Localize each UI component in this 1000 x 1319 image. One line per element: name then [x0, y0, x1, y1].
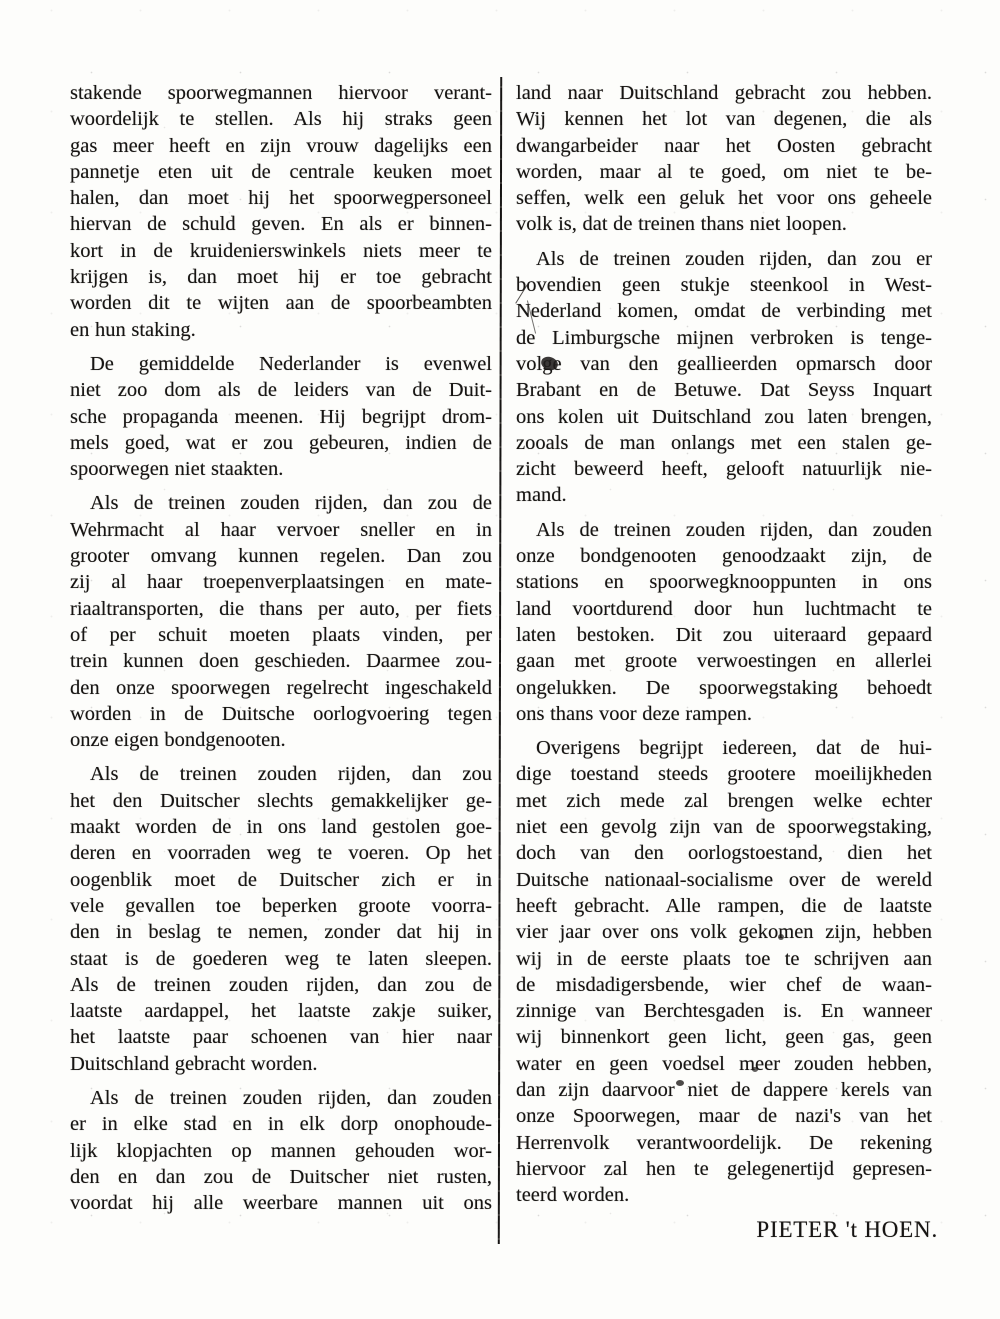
- text-line: lijk klopjachten op mannen gehouden wor-: [70, 1138, 492, 1164]
- text-line: woordelijk te stellen. Als hij straks ge…: [70, 106, 492, 132]
- column-left: stakende spoorwegmannen hiervoor verant-…: [70, 80, 492, 1216]
- text-line: zinnige van Berchtesgaden is. En wanneer: [516, 998, 932, 1024]
- column-divider-rule: [498, 77, 502, 1244]
- text-line: krijgen is, dan moet hij er toe gebracht: [70, 264, 492, 290]
- text-line: Als de treinen zouden rijden, dan zouden: [70, 1085, 492, 1111]
- text-line: den in beslag te nemen, zonder dat hij i…: [70, 919, 492, 945]
- paragraph: stakende spoorwegmannen hiervoor verant-…: [70, 80, 492, 343]
- text-line: Nederland komen, omdat de verbinding met: [516, 298, 932, 324]
- text-line: maakt worden de in ons land gestolen goe…: [70, 814, 492, 840]
- text-line: onze bondgenooten genoodzaakt zijn, de: [516, 543, 932, 569]
- text-line: Overigens begrijpt iedereen, dat de hui-: [516, 735, 932, 761]
- author-signature: PIETER 't HOEN.: [516, 1217, 938, 1243]
- text-line: teerd worden.: [516, 1182, 932, 1208]
- text-line: de misdadigersbende, wier chef de waan-: [516, 972, 932, 998]
- paragraph: Als de treinen zouden rijden, dan zou er…: [516, 246, 932, 509]
- text-line: sche propaganda meenen. Hij begrijpt dro…: [70, 404, 492, 430]
- paragraph: Overigens begrijpt iedereen, dat de hui-…: [516, 735, 932, 1208]
- text-line: Brabant en de Betuwe. Dat Seyss Inquart: [516, 377, 932, 403]
- text-line: met zich mede zal brengen welke echter: [516, 788, 932, 814]
- text-line: dige toestand steeds grootere moeilijkhe…: [516, 761, 932, 787]
- text-line: stakende spoorwegmannen hiervoor verant-: [70, 80, 492, 106]
- text-line: Duitsche nationaal-socialisme over de we…: [516, 867, 932, 893]
- text-line: gaan met groote verwoestingen en allerle…: [516, 648, 932, 674]
- text-line: kort in de kruidenierswinkels niets meer…: [70, 238, 492, 264]
- text-line: laten bestoken. Dit zou uiteraard gepaar…: [516, 622, 932, 648]
- text-line: onze eigen bondgenooten.: [70, 727, 492, 753]
- text-line: niet een gevolg zijn van de spoorwegstak…: [516, 814, 932, 840]
- text-line: voordat hij alle weerbare mannen uit ons: [70, 1190, 492, 1216]
- text-line: het laatste paar schoenen van hier naar: [70, 1024, 492, 1050]
- text-line: bovendien geen stukje steenkool in West-: [516, 272, 932, 298]
- text-line: Wij kennen het lot van degenen, die als: [516, 106, 932, 132]
- text-line: riaaltransporten, die thans per auto, pe…: [70, 596, 492, 622]
- text-line: laatste aardappel, het laatste zakje sui…: [70, 998, 492, 1024]
- text-line: vier jaar over ons volk gekomen zijn, he…: [516, 919, 932, 945]
- text-line: seffen, welk een geluk het voor ons gehe…: [516, 185, 932, 211]
- text-line: de Limburgsche mijnen verbroken is tenge…: [516, 325, 932, 351]
- text-line: land naar Duitschland gebracht zou hebbe…: [516, 80, 932, 106]
- text-line: dan zijn daarvoor niet de dappere kerels…: [516, 1077, 932, 1103]
- text-line: zicht beweerd heeft, gelooft natuurlijk …: [516, 456, 932, 482]
- column-right: land naar Duitschland gebracht zou hebbe…: [516, 80, 932, 1244]
- text-line: spoorwegen niet staakten.: [70, 456, 492, 482]
- text-line: hiervoor zal hen te gelegenertijd gepres…: [516, 1156, 932, 1182]
- text-line: het den Duitscher slechts gemakkelijker …: [70, 788, 492, 814]
- text-line: Als de treinen zouden rijden, dan zou er: [516, 246, 932, 272]
- text-line: gas meer heeft en zijn vrouw dagelijks e…: [70, 133, 492, 159]
- text-line: er in elke stad en in elk dorp onophoude…: [70, 1111, 492, 1137]
- paragraph: land naar Duitschland gebracht zou hebbe…: [516, 80, 932, 238]
- text-line: ongelukken. De spoorwegstaking behoedt: [516, 675, 932, 701]
- text-line: heeft gebracht. Alle rampen, die de laat…: [516, 893, 932, 919]
- text-line: den onze spoorwegen regelrecht ingeschak…: [70, 675, 492, 701]
- paragraph: Als de treinen zouden rijden, dan zouden…: [70, 1085, 492, 1216]
- text-line: doch van den oorlogstoestand, dien het: [516, 840, 932, 866]
- text-line: land voortdurend door hun luchtmacht te: [516, 596, 932, 622]
- text-line: halen, dan moet hij het spoorwegpersonee…: [70, 185, 492, 211]
- text-line: onze Spoorwegen, maar de nazi's van het: [516, 1103, 932, 1129]
- paragraph: Als de treinen zouden rijden, dan zou de…: [70, 490, 492, 753]
- text-line: staat is de goederen weg te laten sleepe…: [70, 946, 492, 972]
- text-line: Als de treinen zouden rijden, dan zou de: [70, 972, 492, 998]
- text-line: worden dit te wijten aan de spoorbeambte…: [70, 290, 492, 316]
- text-line: Als de treinen zouden rijden, dan zouden: [516, 517, 932, 543]
- paragraph: Als de treinen zouden rijden, dan zouden…: [516, 517, 932, 727]
- text-line: niet zoo dom als de leiders van de Duit-: [70, 377, 492, 403]
- text-line: worden in de Duitsche oorlogvoering tege…: [70, 701, 492, 727]
- text-line: en hun staking.: [70, 317, 492, 343]
- text-line: Herrenvolk verantwoordelijk. De rekening: [516, 1130, 932, 1156]
- text-line: of per schuit moeten plaats vinden, per: [70, 622, 492, 648]
- text-line: De gemiddelde Nederlander is evenwel: [70, 351, 492, 377]
- text-line: volk is, dat de treinen thans niet loope…: [516, 211, 932, 237]
- text-line: grooter omvang kunnen regelen. Dan zou: [70, 543, 492, 569]
- text-line: dwangarbeider naar het Oosten gebracht: [516, 133, 932, 159]
- text-line: Als de treinen zouden rijden, dan zou: [70, 761, 492, 787]
- text-line: worden, maar al te goed, om niet te be-: [516, 159, 932, 185]
- text-line: pannetje eten uit de centrale keuken moe…: [70, 159, 492, 185]
- text-line: Als de treinen zouden rijden, dan zou de: [70, 490, 492, 516]
- text-line: zooals de man onlangs met een stalen ge-: [516, 430, 932, 456]
- text-line: deren en voorraden weg te voeren. Op het: [70, 840, 492, 866]
- scanned-newspaper-page: stakende spoorwegmannen hiervoor verant-…: [0, 0, 1000, 1319]
- text-line: oogenblik moet de Duitscher zich er in: [70, 867, 492, 893]
- text-line: hiervan de schuld geven. En als er binne…: [70, 211, 492, 237]
- text-line: mels goed, wat er zou gebeuren, indien d…: [70, 430, 492, 456]
- text-line: water en geen voedsel meer zouden hebben…: [516, 1051, 932, 1077]
- text-line: den en dan zou de Duitscher niet rusten,: [70, 1164, 492, 1190]
- text-line: wij in de eerste plaats toe te schrijven…: [516, 946, 932, 972]
- text-line: stations en spoorwegknooppunten in ons: [516, 569, 932, 595]
- text-line: wij binnenkort geen licht, geen gas, gee…: [516, 1024, 932, 1050]
- text-line: trein kunnen doen geschieden. Daarmee zo…: [70, 648, 492, 674]
- text-line: vele gevallen toe beperken groote voorra…: [70, 893, 492, 919]
- text-line: Duitschland gebracht worden.: [70, 1051, 492, 1077]
- text-line: Wehrmacht al haar vervoer sneller en in: [70, 517, 492, 543]
- paragraph: Als de treinen zouden rijden, dan zouhet…: [70, 761, 492, 1077]
- text-line: ons thans voor deze rampen.: [516, 701, 932, 727]
- text-line: ons kolen uit Duitschland zou laten bren…: [516, 404, 932, 430]
- text-line: volge van den geallieerden opmarsch door: [516, 351, 932, 377]
- paragraph: De gemiddelde Nederlander is evenwelniet…: [70, 351, 492, 482]
- text-line: mand.: [516, 482, 932, 508]
- text-line: zij al haar troepenverplaatsingen en mat…: [70, 569, 492, 595]
